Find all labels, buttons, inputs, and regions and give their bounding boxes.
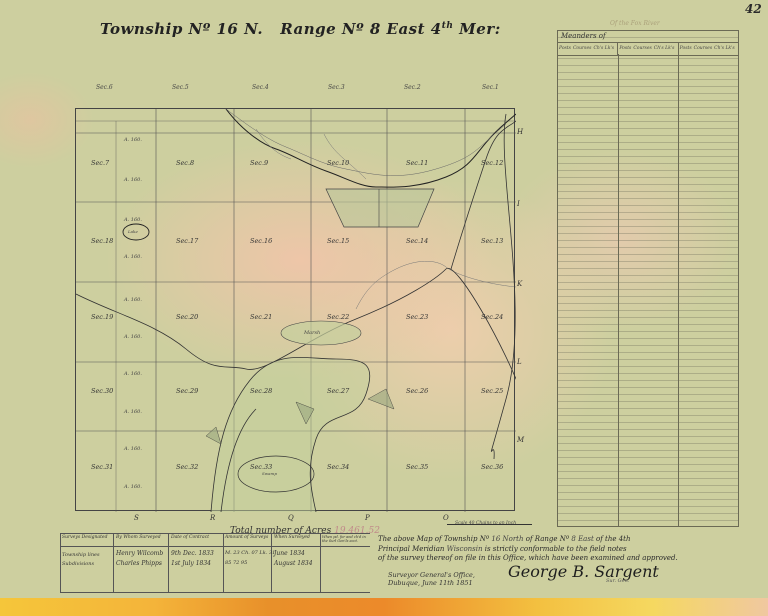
meanders-header: Posts Courses Ch's Lk's Posts Courses Ch… [558,42,738,56]
table-cell: 85 72 95 [225,560,247,566]
table-cell: Subdivisions [62,561,94,567]
faint-note: Of the Fox River [610,20,660,27]
top-section-label: Sec.6 [96,84,113,91]
top-section-label: Sec.4 [252,84,269,91]
section-label: Sec.27 [327,387,349,395]
column-divider [60,534,61,592]
edge-letter: L [517,358,522,366]
top-section-label: Sec.5 [172,84,189,91]
col-courses: Courses [572,43,592,55]
section-label: Sec.9 [250,159,268,167]
township-number: 16 N. [216,20,263,38]
township-plat-map: Sec.7 Sec.8 Sec.9 Sec.10 Sec.11 Sec.12 S… [75,108,515,511]
edge-letter: Q [288,514,294,522]
section-label: Sec.29 [176,387,198,395]
section-label: Sec.23 [406,313,428,321]
edge-letter: M [517,436,524,444]
office-place-date: Dubuque, June 11th 1851 [388,579,475,587]
table-cell: 9th Dec. 1833 [171,550,214,557]
cert-text: is strictly conformable to the field not… [485,545,627,553]
col-posts: Posts [618,43,632,55]
section-label: Sec.18 [91,237,113,245]
cert-township: 16 North [491,535,523,543]
table-header: Date of Contract [171,535,209,540]
plat-lines [76,109,516,512]
office-block: Surveyor General's Office, Dubuque, June… [388,571,475,587]
cert-text: of Range Nº [526,535,569,543]
col-posts: Posts [558,43,572,55]
table-header: Amount of Surveys [225,535,268,540]
acreage-label: A. 160. [124,177,142,183]
top-section-label: Sec.1 [482,84,499,91]
section-label: Sec.16 [250,237,272,245]
township-prefix: Township Nº [100,20,211,38]
table-cell: Charles Phipps [116,560,162,567]
edge-letter: P [365,514,370,522]
meanders-column-group: Posts Courses Ch's Lk's [558,43,618,55]
section-label: Sec.19 [91,313,113,321]
col-chains: Ch's Lk's [653,43,676,55]
acreage-label: A. 160. [124,334,142,340]
page-title: Township Nº 16 N. Range Nº 8 East 4th Me… [100,20,501,38]
column-divider [271,534,272,592]
survey-record-table: Surveys Designated By Whom Surveyed Date… [60,533,370,593]
header-rule [60,546,370,547]
table-cell: August 1834 [274,560,313,567]
section-label: Sec.30 [91,387,113,395]
section-label: Sec.11 [406,159,428,167]
section-label: Sec.12 [481,159,503,167]
cert-state: Wisconsin [447,545,483,553]
acreage-label: A. 160. [124,371,142,377]
column-divider [113,534,114,592]
section-label: Sec.35 [406,463,428,471]
section-label: Sec.7 [91,159,109,167]
signature-title: Sur. Gen. [606,578,629,584]
section-label: Sec.10 [327,159,349,167]
range-number: 8 East [370,20,425,38]
acreage-label: A. 160. [124,297,142,303]
edge-letter: K [517,280,522,288]
acreage-label: A. 160. [124,446,142,452]
edge-letter: S [134,514,139,522]
col-posts: Posts [679,43,693,55]
table-header: When Surveyed [274,535,310,540]
scale-label: Scale 40 Chains to an Inch [455,521,516,526]
section-label: Sec.25 [481,387,503,395]
column-divider [678,54,679,526]
acreage-label: A. 160. [124,484,142,490]
cert-text: The above Map of Township Nº [378,535,489,543]
section-label: Sec.36 [481,463,503,471]
certificate-text: The above Map of Township Nº 16 North of… [378,535,678,564]
table-cell: Henry Wilcomb [116,550,163,557]
page-number: 42 [745,2,762,16]
section-label: Sec.22 [327,313,349,321]
section-label: Sec.34 [327,463,349,471]
edge-letter: I [517,200,520,208]
meanders-column-group: Posts Courses Ch's Lk's [679,43,738,55]
edge-letter: R [210,514,215,522]
cert-range: 8 East [571,535,593,543]
col-courses: Courses [632,43,652,55]
acreage-label: A. 160. [124,409,142,415]
meanders-column-group: Posts Courses Ch's Lk's [618,43,678,55]
section-label: Sec.20 [176,313,198,321]
column-divider [168,534,169,592]
table-cell: June 1834 [274,550,305,557]
scan-edge-strip [0,598,768,616]
section-label: Sec.33 [250,463,272,471]
edge-letter: H [517,128,523,136]
meanders-table: Meanders of Posts Courses Ch's Lk's Post… [557,30,739,527]
marsh-label: Marsh [304,330,320,336]
meridian-sup: th [442,21,454,31]
swamp-label: Swamp [262,471,277,476]
section-label: Sec.31 [91,463,113,471]
section-label: Sec.14 [406,237,428,245]
office-name: Surveyor General's Office, [388,571,475,579]
section-label: Sec.8 [176,159,194,167]
acreage-label: A. 160. [124,217,142,223]
column-divider [320,534,321,592]
table-header: When pd. for and ch'd in the Surl Gen'ls… [322,535,368,543]
meanders-title: Meanders of [561,32,606,40]
col-chains: Ch's Lk's [592,43,615,55]
col-courses: Courses [693,43,713,55]
table-cell: Township lines [62,552,100,558]
section-label: Sec.28 [250,387,272,395]
section-label: Sec.13 [481,237,503,245]
top-section-label: Sec.3 [328,84,345,91]
lake-label: Lake [128,229,138,234]
section-label: Sec.15 [327,237,349,245]
section-label: Sec.17 [176,237,198,245]
range-prefix: Range Nº [280,20,364,38]
section-label: Sec.26 [406,387,428,395]
top-section-label: Sec.2 [404,84,421,91]
cert-text: of the 4th [596,535,631,543]
acreage-label: A. 160. [124,254,142,260]
table-header: Surveys Designated [62,535,107,540]
meridian-number: 4 [431,20,442,38]
cert-text: Principal Meridian [378,545,444,553]
section-label: Sec.32 [176,463,198,471]
table-cell: M. 23 Ch. 07 Lk. 31 [225,550,275,556]
column-divider [223,534,224,592]
col-chains: Ch's Lk's [713,43,736,55]
acreage-label: A. 160. [124,137,142,143]
table-cell: 1st July 1834 [171,560,211,567]
section-label: Sec.21 [250,313,272,321]
meridian-suffix: Mer: [459,20,501,38]
signature: George B. Sargent [508,562,659,581]
column-divider [618,54,619,526]
table-header: By Whom Surveyed [116,535,161,540]
section-label: Sec.24 [481,313,503,321]
